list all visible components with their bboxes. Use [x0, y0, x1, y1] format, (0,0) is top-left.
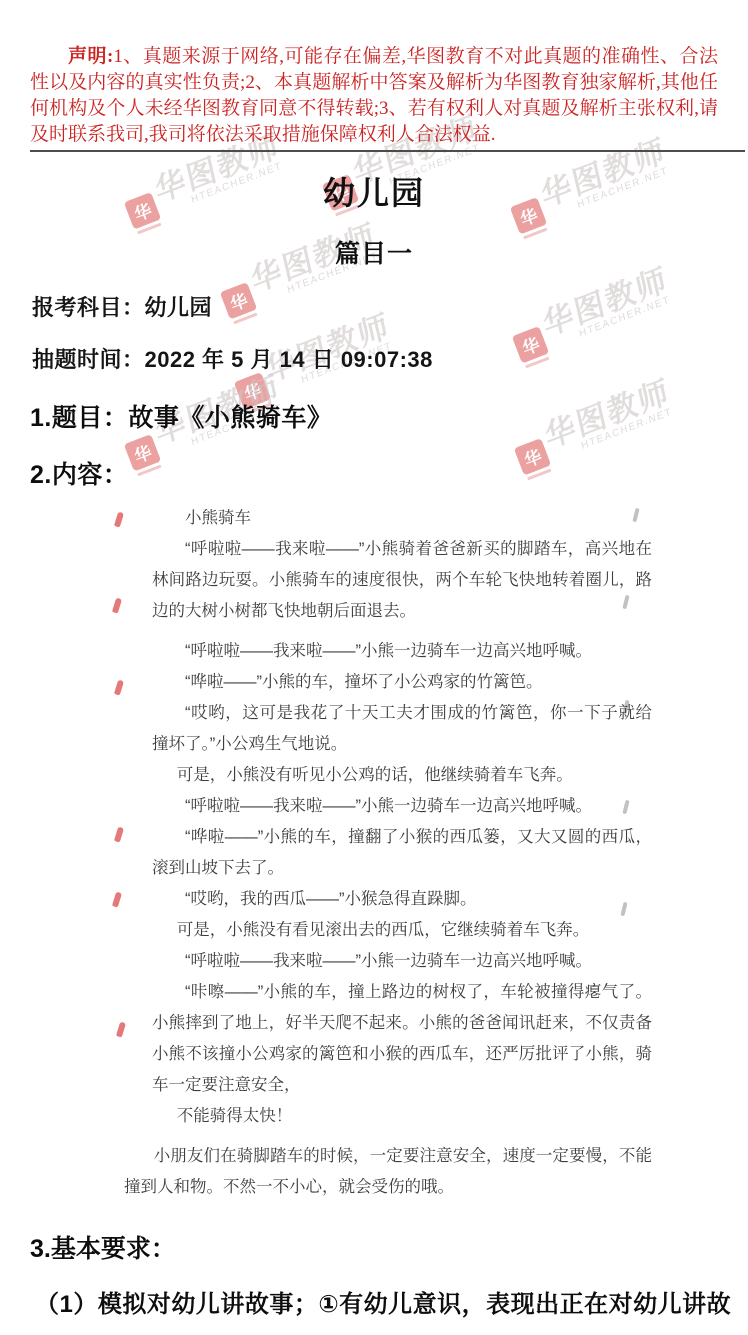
- page-subtitle: 篇目一: [0, 234, 748, 270]
- story-paragraph: “呼啦啦——我来啦——”小熊一边骑车一边高兴地呼喊。: [152, 946, 652, 977]
- question-heading: 1.题目：故事《小熊骑车》: [30, 398, 748, 434]
- disclaimer-prefix: 声明:: [68, 46, 113, 67]
- disclaimer-body: 1、真题来源于网络,可能存在偏差,华图教育不对此真题的准确性、合法性以及内容的真…: [30, 46, 718, 145]
- draw-time-line: 抽题时间：2022 年 5 月 14 日 09:07:38: [32, 343, 748, 374]
- requirement-item: （1）模拟对幼儿讲故事；①有幼儿意识，表现出正在对幼儿讲故: [35, 1284, 748, 1319]
- story-paragraph: “哗啦——”小熊的车，撞翻了小猴的西瓜篓，又大又圆的西瓜，滚到山坡下去了。: [152, 822, 652, 884]
- disclaimer-text: 声明:1、真题来源于网络,可能存在偏差,华图教育不对此真题的准确性、合法性以及内…: [30, 44, 718, 148]
- story-paragraph: 不能骑得太快！: [152, 1101, 652, 1132]
- story-paragraph: “咔嚓——”小熊的车，撞上路边的树杈了，车轮被撞得瘪气了。小熊摔到了地上，好半天…: [152, 977, 652, 1101]
- page-title: 幼儿园: [0, 168, 748, 214]
- content-heading: 2.内容：: [30, 455, 748, 491]
- requirements-heading: 3.基本要求：: [30, 1229, 748, 1265]
- story-paragraph: “呼啦啦——我来啦——”小熊骑着爸爸新买的脚踏车，高兴地在林间路边玩耍。小熊骑车…: [152, 534, 652, 627]
- story-paragraph: “哎哟，这可是我花了十天工夫才围成的竹篱笆，你一下子就给撞坏了。”小公鸡生气地说…: [152, 698, 652, 760]
- story-content: 小熊骑车“呼啦啦——我来啦——”小熊骑着爸爸新买的脚踏车，高兴地在林间路边玩耍。…: [152, 503, 652, 1203]
- story-paragraph: “呼啦啦——我来啦——”小熊一边骑车一边高兴地呼喊。: [152, 791, 652, 822]
- story-paragraph: “呼啦啦——我来啦——”小熊一边骑车一边高兴地呼喊。: [152, 636, 652, 667]
- story-paragraph: 可是，小熊没有看见滚出去的西瓜，它继续骑着车飞奔。: [152, 915, 652, 946]
- story-paragraph: 可是，小熊没有听见小公鸡的话，他继续骑着车飞奔。: [152, 760, 652, 791]
- story-paragraph: 小朋友们在骑脚踏车的时候，一定要注意安全，速度一定要慢，不能撞到人和物。不然一不…: [124, 1141, 652, 1203]
- divider-line: [30, 150, 745, 152]
- subject-line: 报考科目：幼儿园: [32, 291, 748, 322]
- document-page: 声明:1、真题来源于网络,可能存在偏差,华图教育不对此真题的准确性、合法性以及内…: [0, 44, 748, 1319]
- story-paragraph: “哗啦——”小熊的车，撞坏了小公鸡家的竹篱笆。: [152, 667, 652, 698]
- story-paragraph: “哎哟，我的西瓜——”小猴急得直跺脚。: [152, 884, 652, 915]
- story-paragraph: 小熊骑车: [152, 503, 652, 534]
